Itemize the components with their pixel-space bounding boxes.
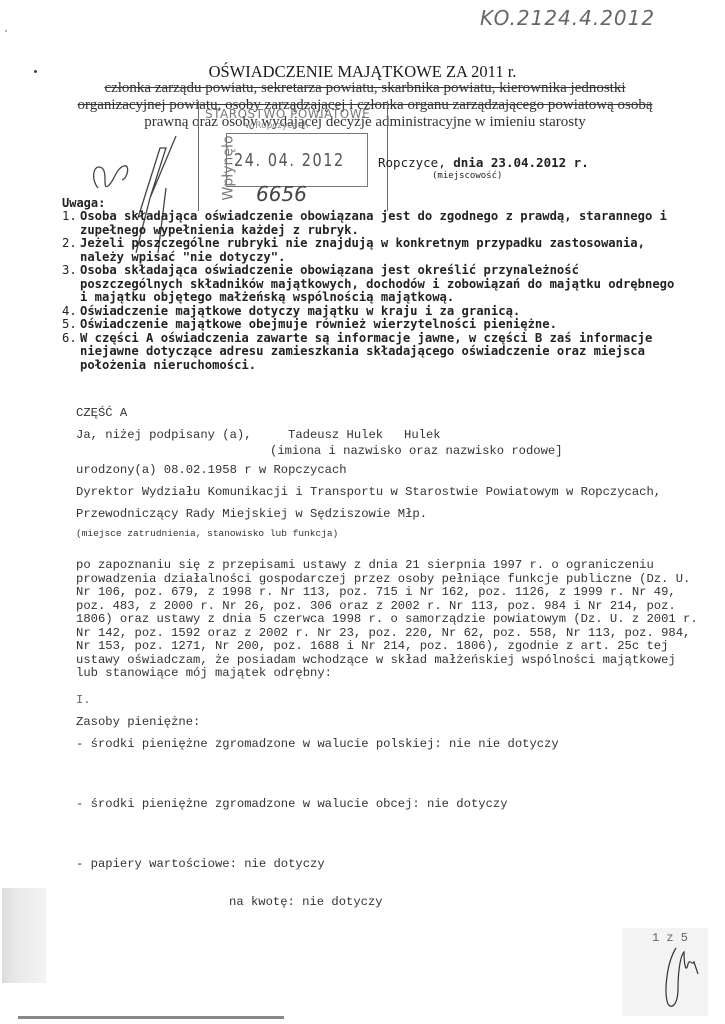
- notes-list: 1.Osoba składająca oświadczenie obowiąza…: [62, 210, 675, 372]
- role-line-1: członka zarządu powiatu, sekretarza powi…: [60, 80, 670, 97]
- name-caption: (imiona i nazwisko oraz nazwisko rodowe]: [270, 444, 563, 458]
- scan-edge-shadow: [2, 888, 46, 983]
- legal-basis-paragraph: po zapoznaniu się z przepisami ustawy z …: [76, 559, 716, 681]
- asset-foreign-currency: - środki pieniężne zgromadzone w walucie…: [76, 797, 508, 811]
- note-item: 2.Jeżeli poszczególne rubryki nie znajdu…: [62, 237, 675, 264]
- asset-securities: - papiery wartościowe: nie dotyczy: [76, 857, 325, 871]
- declarant-label: Ja, niżej podpisany (a),: [76, 428, 252, 442]
- position-caption: (miejsce zatrudnienia, stanowisko lub fu…: [76, 528, 338, 539]
- place-date-line: Ropczyce, dnia 23.04.2012 r.: [378, 155, 589, 170]
- note-text: Oświadczenie majątkowe obejmuje również …: [80, 317, 557, 331]
- note-item: 5.Oświadczenie majątkowe obejmuje równie…: [62, 318, 675, 332]
- note-text: Jeżeli poszczególne rubryki nie znajdują…: [80, 236, 645, 264]
- note-item: 4.Oświadczenie majątkowe dotyczy majątku…: [62, 305, 675, 319]
- note-number: 5.: [62, 318, 77, 332]
- note-item: 1.Osoba składająca oświadczenie obowiąza…: [62, 210, 675, 237]
- note-number: 2.: [62, 237, 77, 251]
- asset-polish-currency: - środki pieniężne zgromadzone w walucie…: [76, 737, 559, 751]
- page-indicator: 1 z 5: [652, 931, 688, 945]
- note-text: Osoba składająca oświadczenie obowiązana…: [80, 263, 674, 304]
- note-number: 6.: [62, 332, 77, 346]
- assets-heading: Zasoby pieniężne:: [76, 715, 200, 729]
- note-item: 6.W części A oświadczenia zawarte są inf…: [62, 332, 675, 373]
- note-item: 3.Osoba składająca oświadczenie obowiąza…: [62, 264, 675, 305]
- note-text: W części A oświadczenia zawarte są infor…: [80, 331, 652, 372]
- note-number: 1.: [62, 210, 77, 224]
- stamp-office-location: w Ropczycach: [245, 121, 308, 131]
- section-number: I.: [76, 693, 91, 707]
- position-line-2: Przewodniczący Rady Miejskiej w Sędziszo…: [76, 507, 427, 521]
- bottom-rule: [18, 1016, 284, 1019]
- stamp-office: STAROSTWO POWIATOWE: [205, 107, 370, 121]
- declarant-name: Tadeusz Hulek: [288, 428, 383, 442]
- place-name: Ropczyce,: [378, 155, 446, 170]
- document-title: OŚWIADCZENIE MAJĄTKOWE ZA 2011 r.: [0, 62, 725, 82]
- position-line-1: Dyrektor Wydziału Komunikacji i Transpor…: [76, 485, 661, 499]
- part-a-heading: CZĘŚĆ A: [76, 406, 127, 420]
- note-text: Osoba składająca oświadczenie obowiązana…: [80, 209, 667, 237]
- birth-info: urodzony(a) 08.02.1958 r w Ropczycach: [76, 463, 347, 477]
- stamp-date: 24. 04. 2012: [234, 150, 345, 171]
- note-text: Oświadczenie majątkowe dotyczy majątku w…: [80, 304, 520, 318]
- place-caption: (miejscowość): [432, 171, 502, 181]
- scan-speck: [5, 30, 7, 32]
- notes-heading: Uwaga:: [62, 196, 105, 210]
- declaration-date: dnia 23.04.2012 r.: [453, 155, 588, 170]
- note-number: 3.: [62, 264, 77, 278]
- signature-icon: [662, 944, 706, 1010]
- note-number: 4.: [62, 305, 77, 319]
- maiden-name: Hulek: [404, 428, 441, 442]
- stamp-number: 6656: [256, 182, 307, 206]
- reference-number: KO.2124.4.2012: [480, 6, 655, 30]
- asset-securities-amount: na kwotę: nie dotyczy: [229, 895, 383, 909]
